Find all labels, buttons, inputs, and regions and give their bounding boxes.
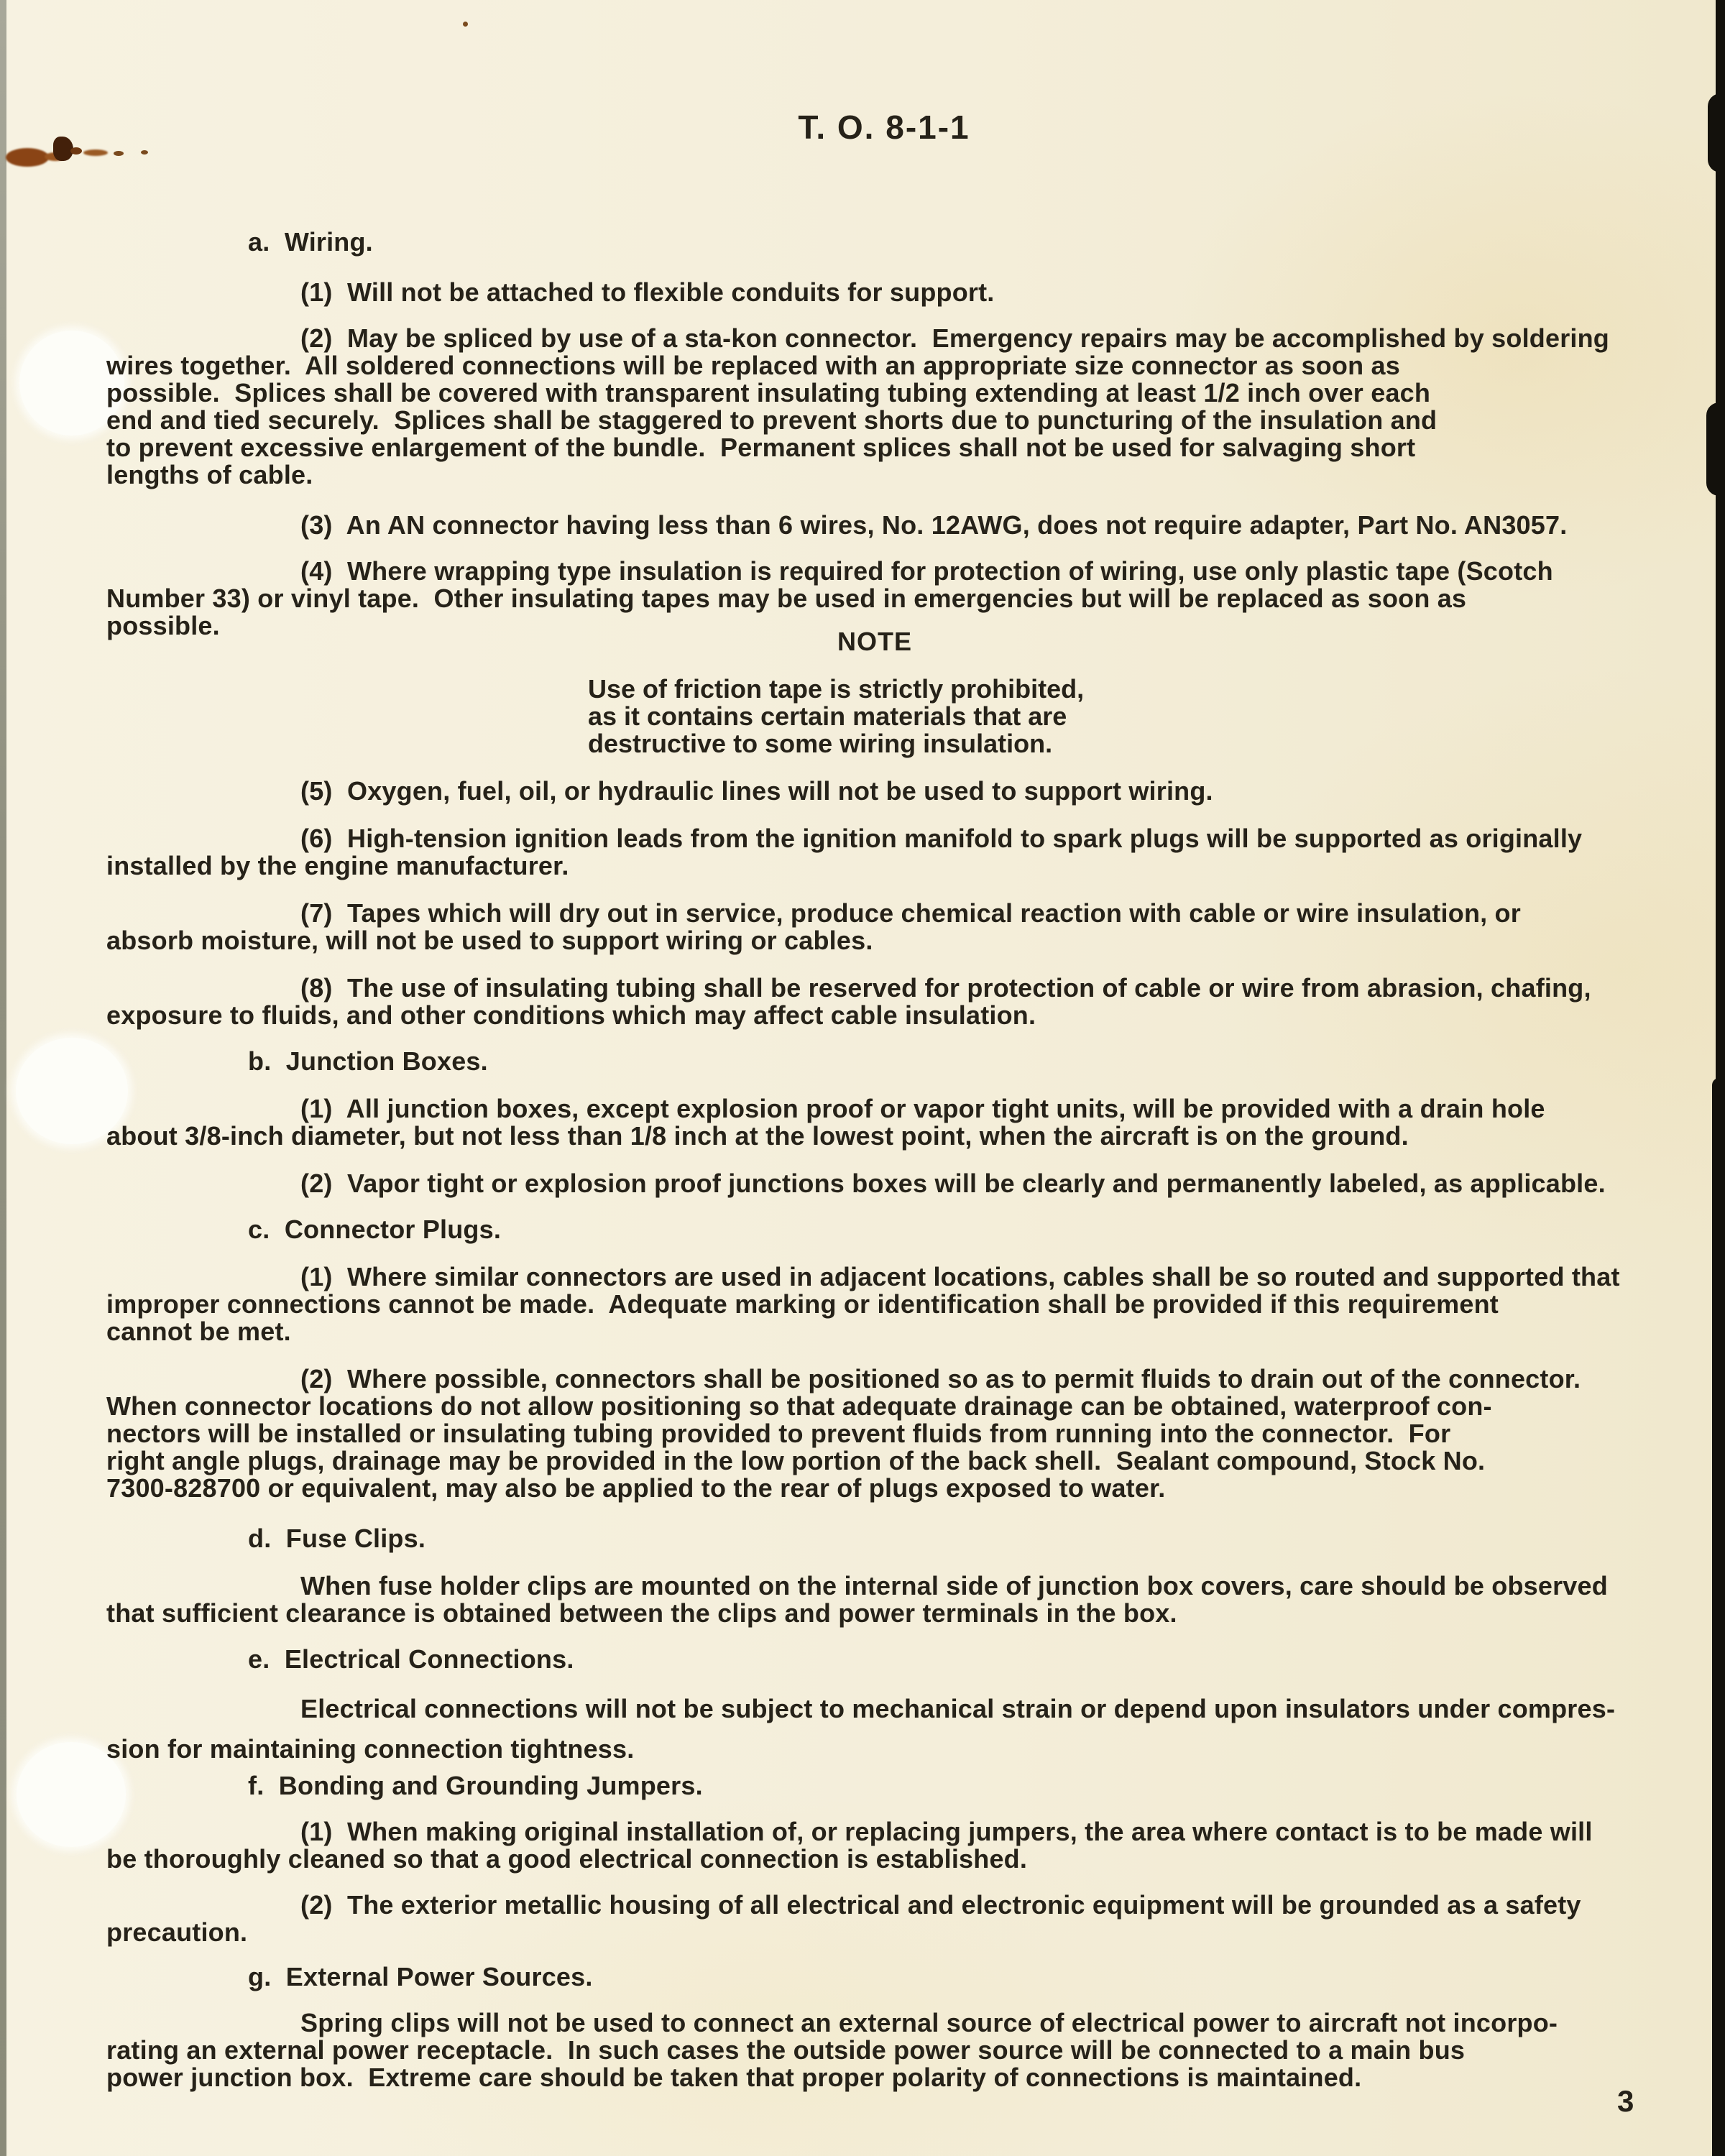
torn-paper-edge	[1712, 1078, 1725, 2156]
note-body: Use of friction tape is strictly prohibi…	[588, 676, 1084, 757]
section-e-heading: e. Electrical Connections.	[248, 1646, 574, 1673]
scan-edge-left	[0, 0, 6, 2156]
torn-paper-edge	[1706, 402, 1725, 496]
para-a2: (2) May be spliced by use of a sta-kon c…	[106, 325, 1688, 489]
section-c-heading: c. Connector Plugs.	[248, 1216, 501, 1243]
ink-stain	[70, 147, 82, 155]
section-g-heading: g. External Power Sources.	[248, 1963, 593, 1991]
para-a6: (6) High-tension ignition leads from the…	[106, 825, 1688, 880]
para-d1: When fuse holder clips are mounted on th…	[106, 1572, 1688, 1627]
para-c2: (2) Where possible, connectors shall be …	[106, 1365, 1688, 1502]
section-f-heading: f. Bonding and Grounding Jumpers.	[248, 1772, 703, 1800]
ink-speck	[141, 150, 148, 155]
ink-speck	[463, 22, 468, 27]
para-f1: (1) When making original installation of…	[106, 1818, 1688, 1873]
note-heading: NOTE	[0, 627, 1725, 657]
para-b2: (2) Vapor tight or explosion proof junct…	[106, 1170, 1688, 1197]
section-d-heading: d. Fuse Clips.	[248, 1525, 425, 1552]
scanned-document-page: { "colors": { "paper": "#f4eeda", "ink":…	[0, 0, 1725, 2156]
para-a8: (8) The use of insulating tubing shall b…	[106, 975, 1688, 1029]
para-e1: Electrical connections will not be subje…	[106, 1689, 1688, 1769]
section-a-heading: a. Wiring.	[248, 229, 373, 256]
section-b-heading: b. Junction Boxes.	[248, 1048, 488, 1075]
para-a5: (5) Oxygen, fuel, oil, or hydraulic line…	[106, 778, 1688, 805]
doc-number: T. O. 8-1-1	[0, 108, 1725, 147]
page-number: 3	[1617, 2084, 1634, 2119]
para-g1: Spring clips will not be used to connect…	[106, 2009, 1688, 2091]
ink-stain	[6, 148, 49, 167]
para-f2: (2) The exterior metallic housing of all…	[106, 1892, 1688, 1946]
para-a1: (1) Will not be attached to flexible con…	[106, 279, 1688, 306]
para-c1: (1) Where similar connectors are used in…	[106, 1263, 1688, 1345]
ink-speck	[114, 151, 124, 156]
para-a3: (3) An AN connector having less than 6 w…	[106, 512, 1688, 539]
para-b1: (1) All junction boxes, except explosion…	[106, 1095, 1688, 1150]
para-a7: (7) Tapes which will dry out in service,…	[106, 900, 1688, 954]
ink-stain	[83, 149, 108, 156]
